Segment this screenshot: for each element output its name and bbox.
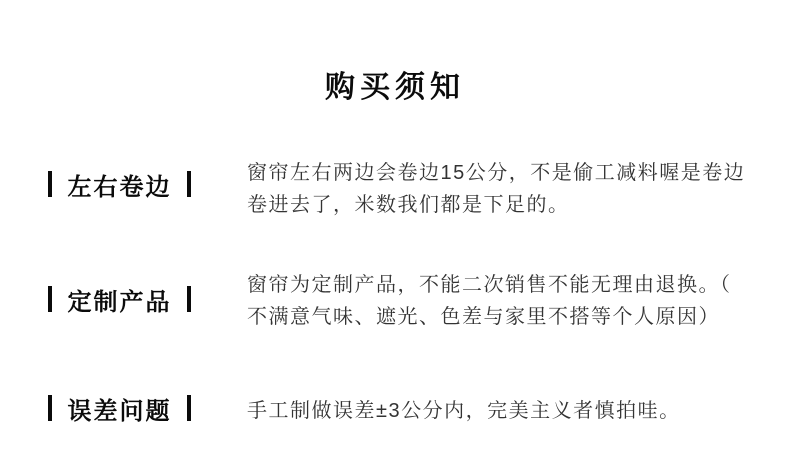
label-right-bar-icon bbox=[187, 286, 191, 312]
description-line: 窗帘左右两边会卷边15公分，不是偷工减料喔是卷边 bbox=[247, 157, 782, 189]
description-line: 手工制做误差±3公分内，完美主义者慎拍哇。 bbox=[247, 395, 782, 427]
section-label-rolled-edges: 左右卷边 bbox=[48, 170, 191, 198]
description-line: 不满意气味、遮光、色差与家里不搭等个人原因） bbox=[247, 301, 782, 333]
description-line: 窗帘为定制产品，不能二次销售不能无理由退换。（ bbox=[247, 269, 782, 301]
label-right-bar-icon bbox=[187, 171, 191, 197]
section-description-rolled-edges: 窗帘左右两边会卷边15公分，不是偷工减料喔是卷边 卷进去了，米数我们都是下足的。 bbox=[247, 157, 782, 221]
label-left-bar-icon bbox=[48, 395, 52, 421]
section-description-tolerance: 手工制做误差±3公分内，完美主义者慎拍哇。 bbox=[247, 395, 782, 427]
label-left-bar-icon bbox=[48, 171, 52, 197]
section-description-custom-product: 窗帘为定制产品，不能二次销售不能无理由退换。（ 不满意气味、遮光、色差与家里不搭… bbox=[247, 269, 782, 333]
section-label-text: 误差问题 bbox=[68, 391, 172, 426]
label-left-bar-icon bbox=[48, 286, 52, 312]
section-label-text: 左右卷边 bbox=[68, 167, 172, 202]
page-title: 购买须知 bbox=[0, 73, 790, 103]
section-label-tolerance: 误差问题 bbox=[48, 394, 191, 422]
section-label-custom-product: 定制产品 bbox=[48, 285, 191, 313]
description-line: 卷进去了，米数我们都是下足的。 bbox=[247, 189, 782, 221]
purchase-notice-panel: 购买须知 左右卷边 窗帘左右两边会卷边15公分，不是偷工减料喔是卷边 卷进去了，… bbox=[0, 0, 790, 462]
label-right-bar-icon bbox=[187, 395, 191, 421]
section-label-text: 定制产品 bbox=[68, 282, 172, 317]
